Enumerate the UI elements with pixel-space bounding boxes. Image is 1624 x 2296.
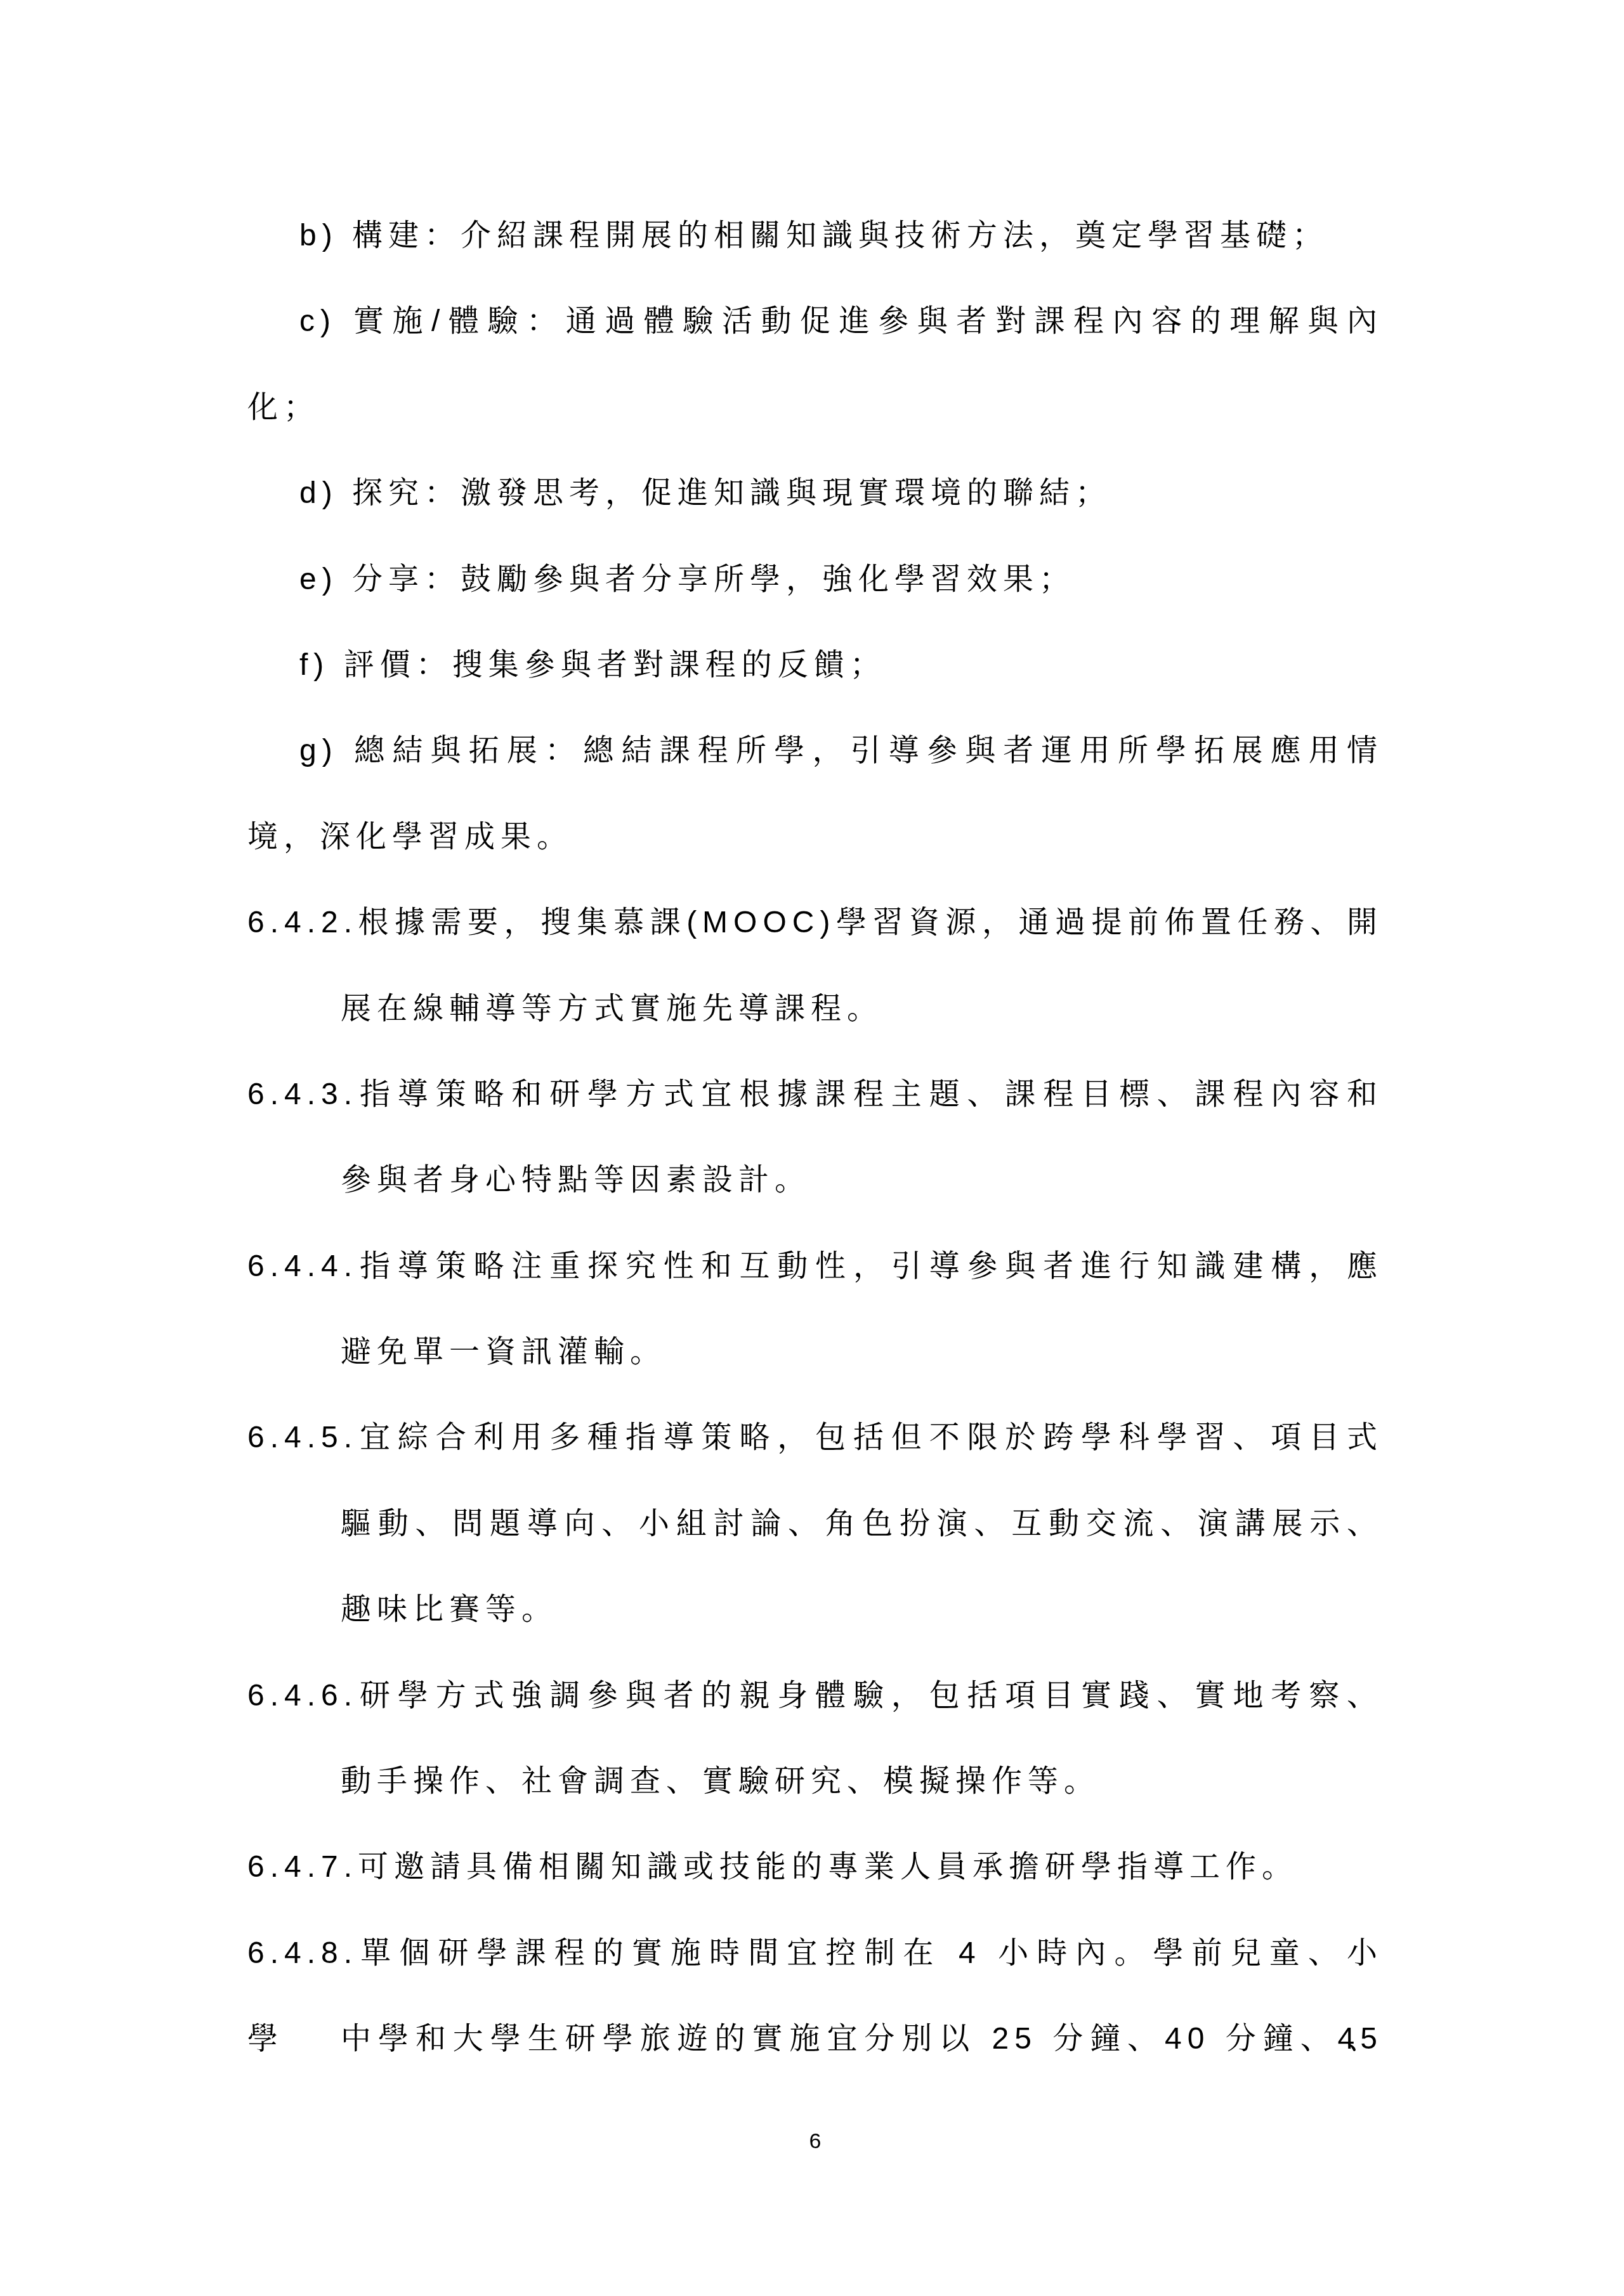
line-6-4-7: 6.4.7.可邀請具備相關知識或技能的專業人員承擔研學指導工作。: [247, 1824, 1383, 1910]
line-6-4-2: 6.4.2.根據需要，搜集慕課(MOOC)學習資源，通過提前佈置任務、開: [247, 880, 1383, 965]
line-6-4-4: 6.4.4.指導策略注重探究性和互動性，引導參與者進行知識建構，應: [247, 1223, 1383, 1309]
line-6-4-5-cont-1: 驅動、問題導向、小組討論、角色扮演、互動交流、演講展示、: [341, 1481, 1383, 1567]
line-6-4-3-cont: 參與者身心特點等因素設計。: [341, 1137, 1383, 1223]
line-item-f: f) 評價：搜集參與者對課程的反饋；: [299, 622, 1383, 708]
line-6-4-3: 6.4.3.指導策略和研學方式宜根據課程主題、課程目標、課程內容和: [247, 1052, 1383, 1137]
line-item-e: e) 分享：鼓勵參與者分享所學，強化學習效果；: [299, 537, 1383, 622]
line-6-4-5: 6.4.5.宜綜合利用多種指導策略，包括但不限於跨學科學習、項目式: [247, 1395, 1383, 1480]
line-item-c: c) 實施/體驗：通過體驗活動促進參與者對課程內容的理解與內: [299, 278, 1383, 364]
line-6-4-5-cont-2: 趣味比賽等。: [341, 1567, 1383, 1652]
page-number: 6: [247, 2126, 1383, 2156]
line-6-4-2-cont: 展在線輔導等方式實施先導課程。: [341, 966, 1383, 1052]
line-6-4-6-cont: 動手操作、社會調查、實驗研究、模擬操作等。: [341, 1738, 1383, 1824]
line-item-g: g) 總結與拓展：總結課程所學，引導參與者運用所學拓展應用情: [299, 708, 1383, 793]
line-6-4-8-cont: 中學和大學生研學旅遊的實施宜分別以 25 分鐘、40 分鐘、45: [341, 1996, 1383, 2082]
line-6-4-8: 6.4.8.單個研學課程的實施時間宜控制在 4 小時內。學前兒童、小學、: [247, 1910, 1383, 1996]
line-item-c-cont: 化；: [247, 365, 1383, 450]
line-6-4-6: 6.4.6.研學方式強調參與者的親身體驗，包括項目實踐、實地考察、: [247, 1653, 1383, 1738]
line-item-g-cont: 境，深化學習成果。: [247, 794, 1383, 880]
document-page: b) 構建：介紹課程開展的相關知識與技術方法，奠定學習基礎； c) 實施/體驗：…: [0, 0, 1624, 2296]
line-item-b: b) 構建：介紹課程開展的相關知識與技術方法，奠定學習基礎；: [299, 193, 1383, 278]
line-6-4-4-cont: 避免單一資訊灌輸。: [341, 1309, 1383, 1395]
line-item-d: d) 探究：激發思考，促進知識與現實環境的聯結；: [299, 450, 1383, 536]
document-body: b) 構建：介紹課程開展的相關知識與技術方法，奠定學習基礎； c) 實施/體驗：…: [247, 193, 1383, 2082]
